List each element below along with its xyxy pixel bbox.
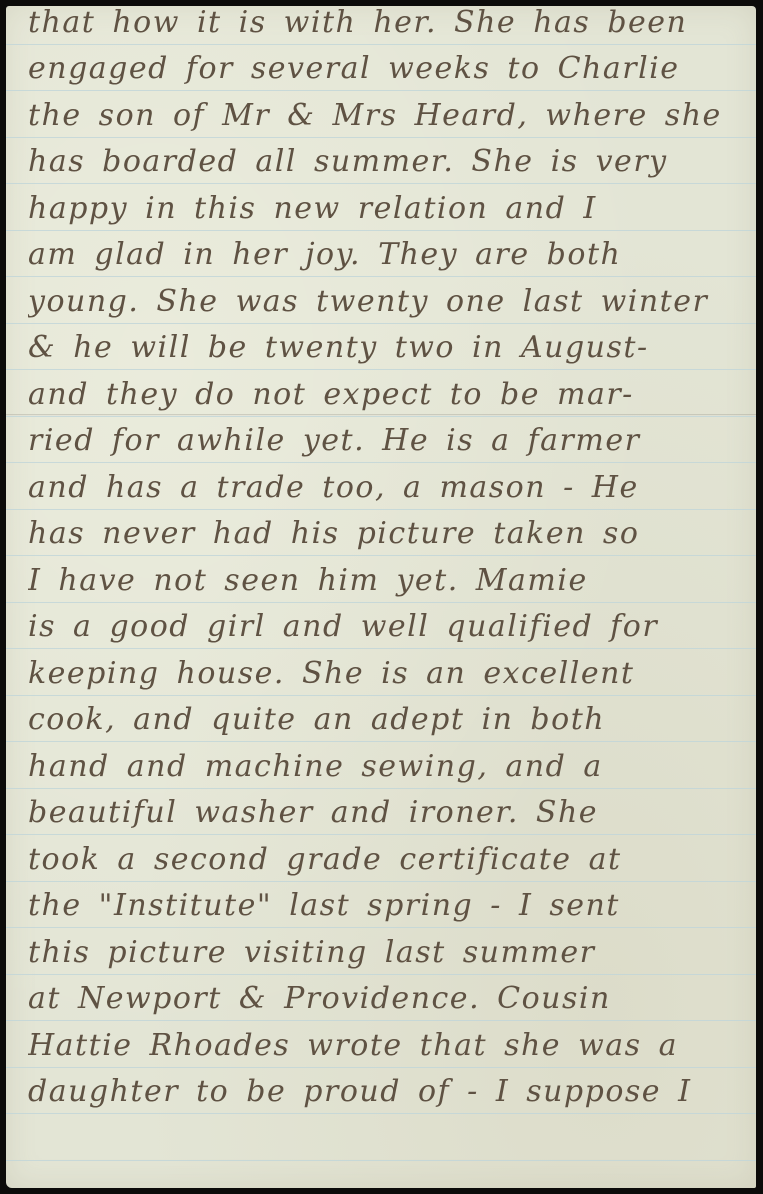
- handwritten-line: at Newport & Providence. Cousin: [28, 976, 746, 1022]
- handwritten-line: I have not seen him yet. Mamie: [28, 558, 746, 604]
- handwritten-line: happy in this new relation and I: [28, 186, 746, 232]
- handwritten-line: and they do not expect to be mar-: [28, 372, 746, 418]
- handwritten-line: that how it is with her. She has been: [28, 6, 746, 46]
- handwritten-line: & he will be twenty two in August-: [28, 325, 746, 371]
- handwritten-line: has never had his picture taken so: [28, 511, 746, 557]
- rule-line: [6, 1160, 756, 1161]
- handwritten-line: keeping house. She is an excellent: [28, 651, 746, 697]
- handwritten-line: young. She was twenty one last winter: [28, 279, 746, 325]
- handwritten-line: the son of Mr & Mrs Heard, where she: [28, 93, 746, 139]
- handwritten-line: daughter to be proud of - I suppose I: [28, 1069, 746, 1115]
- handwritten-line: cook, and quite an adept in both: [28, 697, 746, 743]
- handwritten-line: this picture visiting last summer: [28, 930, 746, 976]
- handwritten-line: beautiful washer and ironer. She: [28, 790, 746, 836]
- handwritten-line: Hattie Rhoades wrote that she was a: [28, 1023, 746, 1069]
- handwritten-line: and has a trade too, a mason - He: [28, 465, 746, 511]
- handwritten-line: engaged for several weeks to Charlie: [28, 46, 746, 92]
- handwritten-line: took a second grade certificate at: [28, 837, 746, 883]
- handwritten-line: the "Institute" last spring - I sent: [28, 883, 746, 929]
- letter-page: that how it is with her. She has been en…: [6, 6, 756, 1188]
- handwritten-line: is a good girl and well qualified for: [28, 604, 746, 650]
- handwritten-line: hand and machine sewing, and a: [28, 744, 746, 790]
- handwritten-line: has boarded all summer. She is very: [28, 139, 746, 185]
- handwritten-line: ried for awhile yet. He is a farmer: [28, 418, 746, 464]
- handwritten-line: am glad in her joy. They are both: [28, 232, 746, 278]
